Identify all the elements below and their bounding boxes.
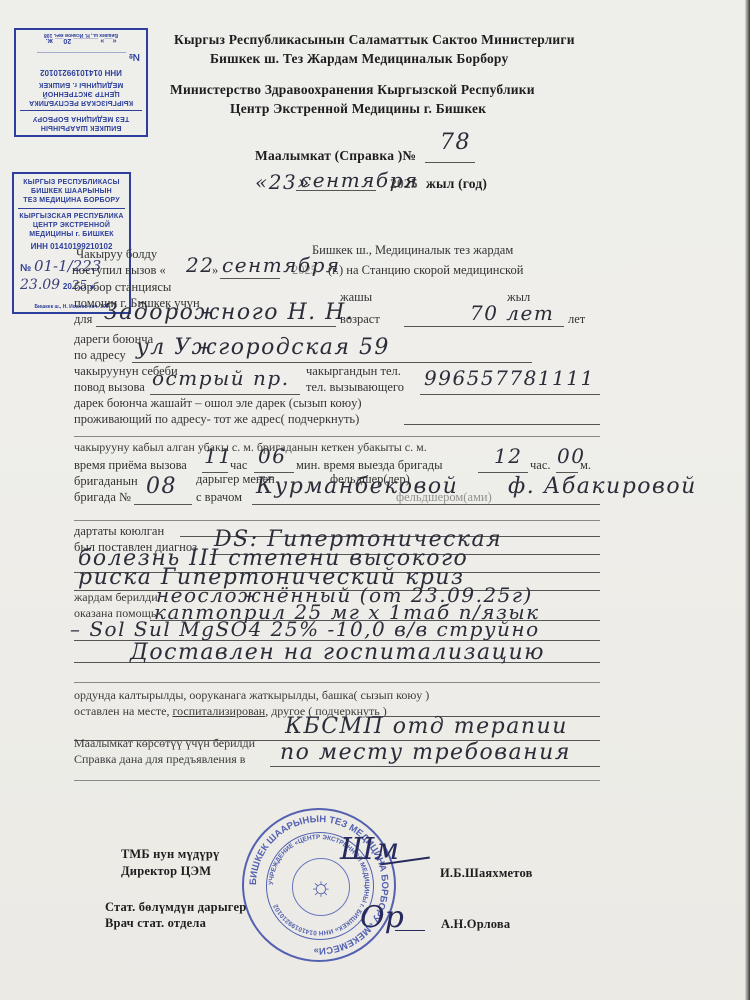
signature-stroke bbox=[395, 930, 425, 931]
stat-name: А.Н.Орлова bbox=[441, 917, 510, 932]
stamp-number-label: № ________________ bbox=[16, 51, 146, 62]
phone-kg-label: чакыргандын тел. bbox=[306, 364, 401, 379]
stamp-line: БИШКЕК ШААРЫНЫН bbox=[14, 187, 129, 196]
phone-label: тел. вызывающего bbox=[306, 380, 404, 395]
feldsher-value: ф. Абакировой bbox=[508, 474, 697, 499]
age-underline bbox=[404, 326, 564, 327]
header-kg-line2: Бишкек ш. Тез Жардам Медициналык Борбору bbox=[210, 51, 508, 67]
reason-underline bbox=[150, 394, 300, 395]
stamp-divider bbox=[20, 110, 142, 111]
header-ru-line1: Министерство Здравоохранения Кыргызской … bbox=[170, 82, 535, 98]
diagnosis-kg-label: дартаты коюлган bbox=[74, 524, 164, 539]
call-ru-tail: (г.) на Станцию скорой медицинской bbox=[328, 263, 523, 278]
stamp-line: КЫРГЫЗСКАЯ РЕСПУБЛИКА bbox=[16, 98, 146, 107]
help-line: – Sol Sul MgSO4 25% -10,0 в/в струйно bbox=[70, 617, 540, 641]
year-prefix: 20 bbox=[63, 282, 72, 291]
issued-kg-label: Маалымкат көрсөтүү үчүн берилди bbox=[74, 736, 255, 751]
patient-name: Задорожного Н. Н. bbox=[104, 300, 354, 325]
outcome-option-selected: госпитализирован bbox=[172, 704, 265, 718]
number-label: № bbox=[129, 51, 140, 62]
director-ru-label: Директор ЦЭМ bbox=[121, 864, 211, 879]
document-page: БИШКЕК ШААРЫНЫН ТЕЗ МЕДИЦИНА БОРБОРУ КЫР… bbox=[0, 0, 745, 1000]
certificate-title: Маалымкат (Справка )№ bbox=[255, 148, 416, 164]
stamp-divider bbox=[18, 208, 125, 209]
outcome-option-stay: оставлен на месте, bbox=[74, 704, 172, 718]
call-month-underline bbox=[220, 278, 280, 279]
time-received-min: 06 bbox=[258, 444, 286, 468]
outcome-kg: ордунда калтырылды, ооруканага жаткырылд… bbox=[74, 688, 429, 703]
director-kg-label: ТМБ нун мүдүрү bbox=[121, 847, 219, 862]
reason-value: острый пр. bbox=[152, 366, 290, 390]
address-label: по адресу bbox=[74, 348, 126, 363]
separator-line bbox=[74, 520, 600, 521]
outcome-value: КБСМП отд терапии bbox=[285, 714, 568, 739]
time-received-hour: 11 bbox=[204, 444, 232, 468]
issued-ru-label: Справка дана для предъявления в bbox=[74, 752, 245, 767]
brigade-underline bbox=[134, 504, 192, 505]
departure-hour-label: час. bbox=[530, 458, 551, 473]
call-kg-label: Чакыруу болду bbox=[76, 247, 157, 262]
separator-line bbox=[74, 436, 600, 437]
time-kg-label: чакырууну кабыл алган убакы с. м. бригад… bbox=[74, 440, 427, 455]
certificate-year: 2025 bbox=[390, 176, 418, 192]
certificate-year-suffix: жыл (год) bbox=[426, 176, 487, 192]
stamp-line: МЕДИЦИНЫ г. БИШКЕК bbox=[14, 230, 129, 239]
time-dep-hour-underline bbox=[478, 472, 528, 473]
age-label: возраст bbox=[340, 312, 380, 327]
call-month: сентября bbox=[222, 253, 341, 277]
stamp-date-value: 23.09 bbox=[20, 277, 60, 293]
issued-underline bbox=[270, 766, 600, 767]
call-day: 22 bbox=[186, 253, 214, 277]
top-stamp: БИШКЕК ШААРЫНЫН ТЕЗ МЕДИЦИНА БОРБОРУ КЫР… bbox=[14, 28, 148, 137]
reason-label: повод вызова bbox=[74, 380, 145, 395]
stamp-line: ЦЕНТР ЭКСТРЕННОЙ bbox=[14, 221, 129, 230]
departure-min-label: м. bbox=[580, 458, 591, 473]
address-value: ул Ужгородская 59 bbox=[136, 335, 390, 360]
brigade-kg-label: бригаданын bbox=[74, 474, 138, 489]
brigade-number: 08 bbox=[146, 474, 177, 499]
stamp-line: ТЕЗ МЕДИЦИНА БОРБОРУ bbox=[16, 114, 146, 123]
stamp-inn: ИНН 01410199210102 bbox=[16, 68, 146, 77]
doctor-label: с врачом bbox=[196, 490, 242, 505]
stat-ru-label: Врач стат. отдела bbox=[105, 916, 206, 931]
number-label: № bbox=[20, 263, 31, 274]
call-kg-right: Бишкек ш., Медициналык тез жардам bbox=[312, 243, 513, 258]
header-ru-line2: Центр Экстренной Медицины г. Бишкек bbox=[230, 101, 486, 117]
stamp-line: БИШКЕК ШААРЫНЫН bbox=[16, 123, 146, 132]
same-address-ru: проживающий по адресу- тот же адрес( под… bbox=[74, 412, 359, 427]
stamp-line: ТЕЗ МЕДИЦИНА БОРБОРУ bbox=[14, 196, 129, 205]
stamp-address: Бишкек ш., Н. Исанов көч. 108 bbox=[16, 32, 146, 38]
separator-line bbox=[74, 682, 600, 683]
call-kg-station: борбор станциясы bbox=[74, 280, 171, 295]
same-address-kg: дарек боюнча жашайт – ошол эле дарек (сы… bbox=[74, 396, 362, 411]
departure-label: мин. время выезда бригады bbox=[296, 458, 443, 473]
phone-underline bbox=[420, 394, 600, 395]
doctor-underline bbox=[252, 504, 600, 505]
age-value: 70 лет bbox=[470, 301, 554, 325]
number-underline bbox=[425, 162, 475, 163]
separator-line bbox=[74, 780, 600, 781]
call-year: 2025 bbox=[292, 263, 317, 278]
same-address-underline bbox=[404, 424, 600, 425]
stamp-line: МЕДИЦИНЫ г. БИШКЕК bbox=[16, 80, 146, 89]
issued-value: по месту требования bbox=[280, 740, 571, 765]
help-kg-label: жардам берилди bbox=[74, 590, 158, 605]
phone-value: 996557781111 bbox=[424, 366, 595, 390]
stamp-line: КЫРГЫЗСКАЯ РЕСПУБЛИКА bbox=[14, 212, 129, 221]
call-day-close: » bbox=[212, 263, 218, 278]
for-label: для bbox=[74, 312, 92, 327]
director-name: И.Б.Шаяхметов bbox=[440, 866, 533, 881]
stamp-line: КЫРГЫЗ РЕСПУБЛИКАСЫ bbox=[14, 178, 129, 187]
header-kg-line1: Кыргыз Республикасынын Саламаттык Сактоо… bbox=[174, 32, 575, 48]
brigade-label: бригада № bbox=[74, 490, 131, 505]
patient-underline bbox=[96, 326, 336, 327]
hour-label: час bbox=[230, 458, 247, 473]
stat-kg-label: Стат. бөлүмдүн дарыгер bbox=[105, 900, 246, 915]
time-received-label: время приёма вызова bbox=[74, 458, 187, 473]
time-dep-min-underline bbox=[556, 472, 578, 473]
call-ru-label: поступил вызов « bbox=[72, 263, 166, 278]
time-departure-hour: 12 bbox=[494, 444, 522, 468]
age-unit: лет bbox=[568, 312, 585, 327]
doctor-value: Курманбековой bbox=[256, 474, 458, 499]
help-line: Доставлен на госпитализацию bbox=[130, 640, 545, 665]
paper-edge bbox=[745, 0, 750, 1000]
address-underline bbox=[132, 362, 532, 363]
certificate-number: 78 bbox=[440, 130, 471, 155]
stamp-line: ЦЕНТР ЭКСТРЕННОЙ bbox=[16, 89, 146, 98]
